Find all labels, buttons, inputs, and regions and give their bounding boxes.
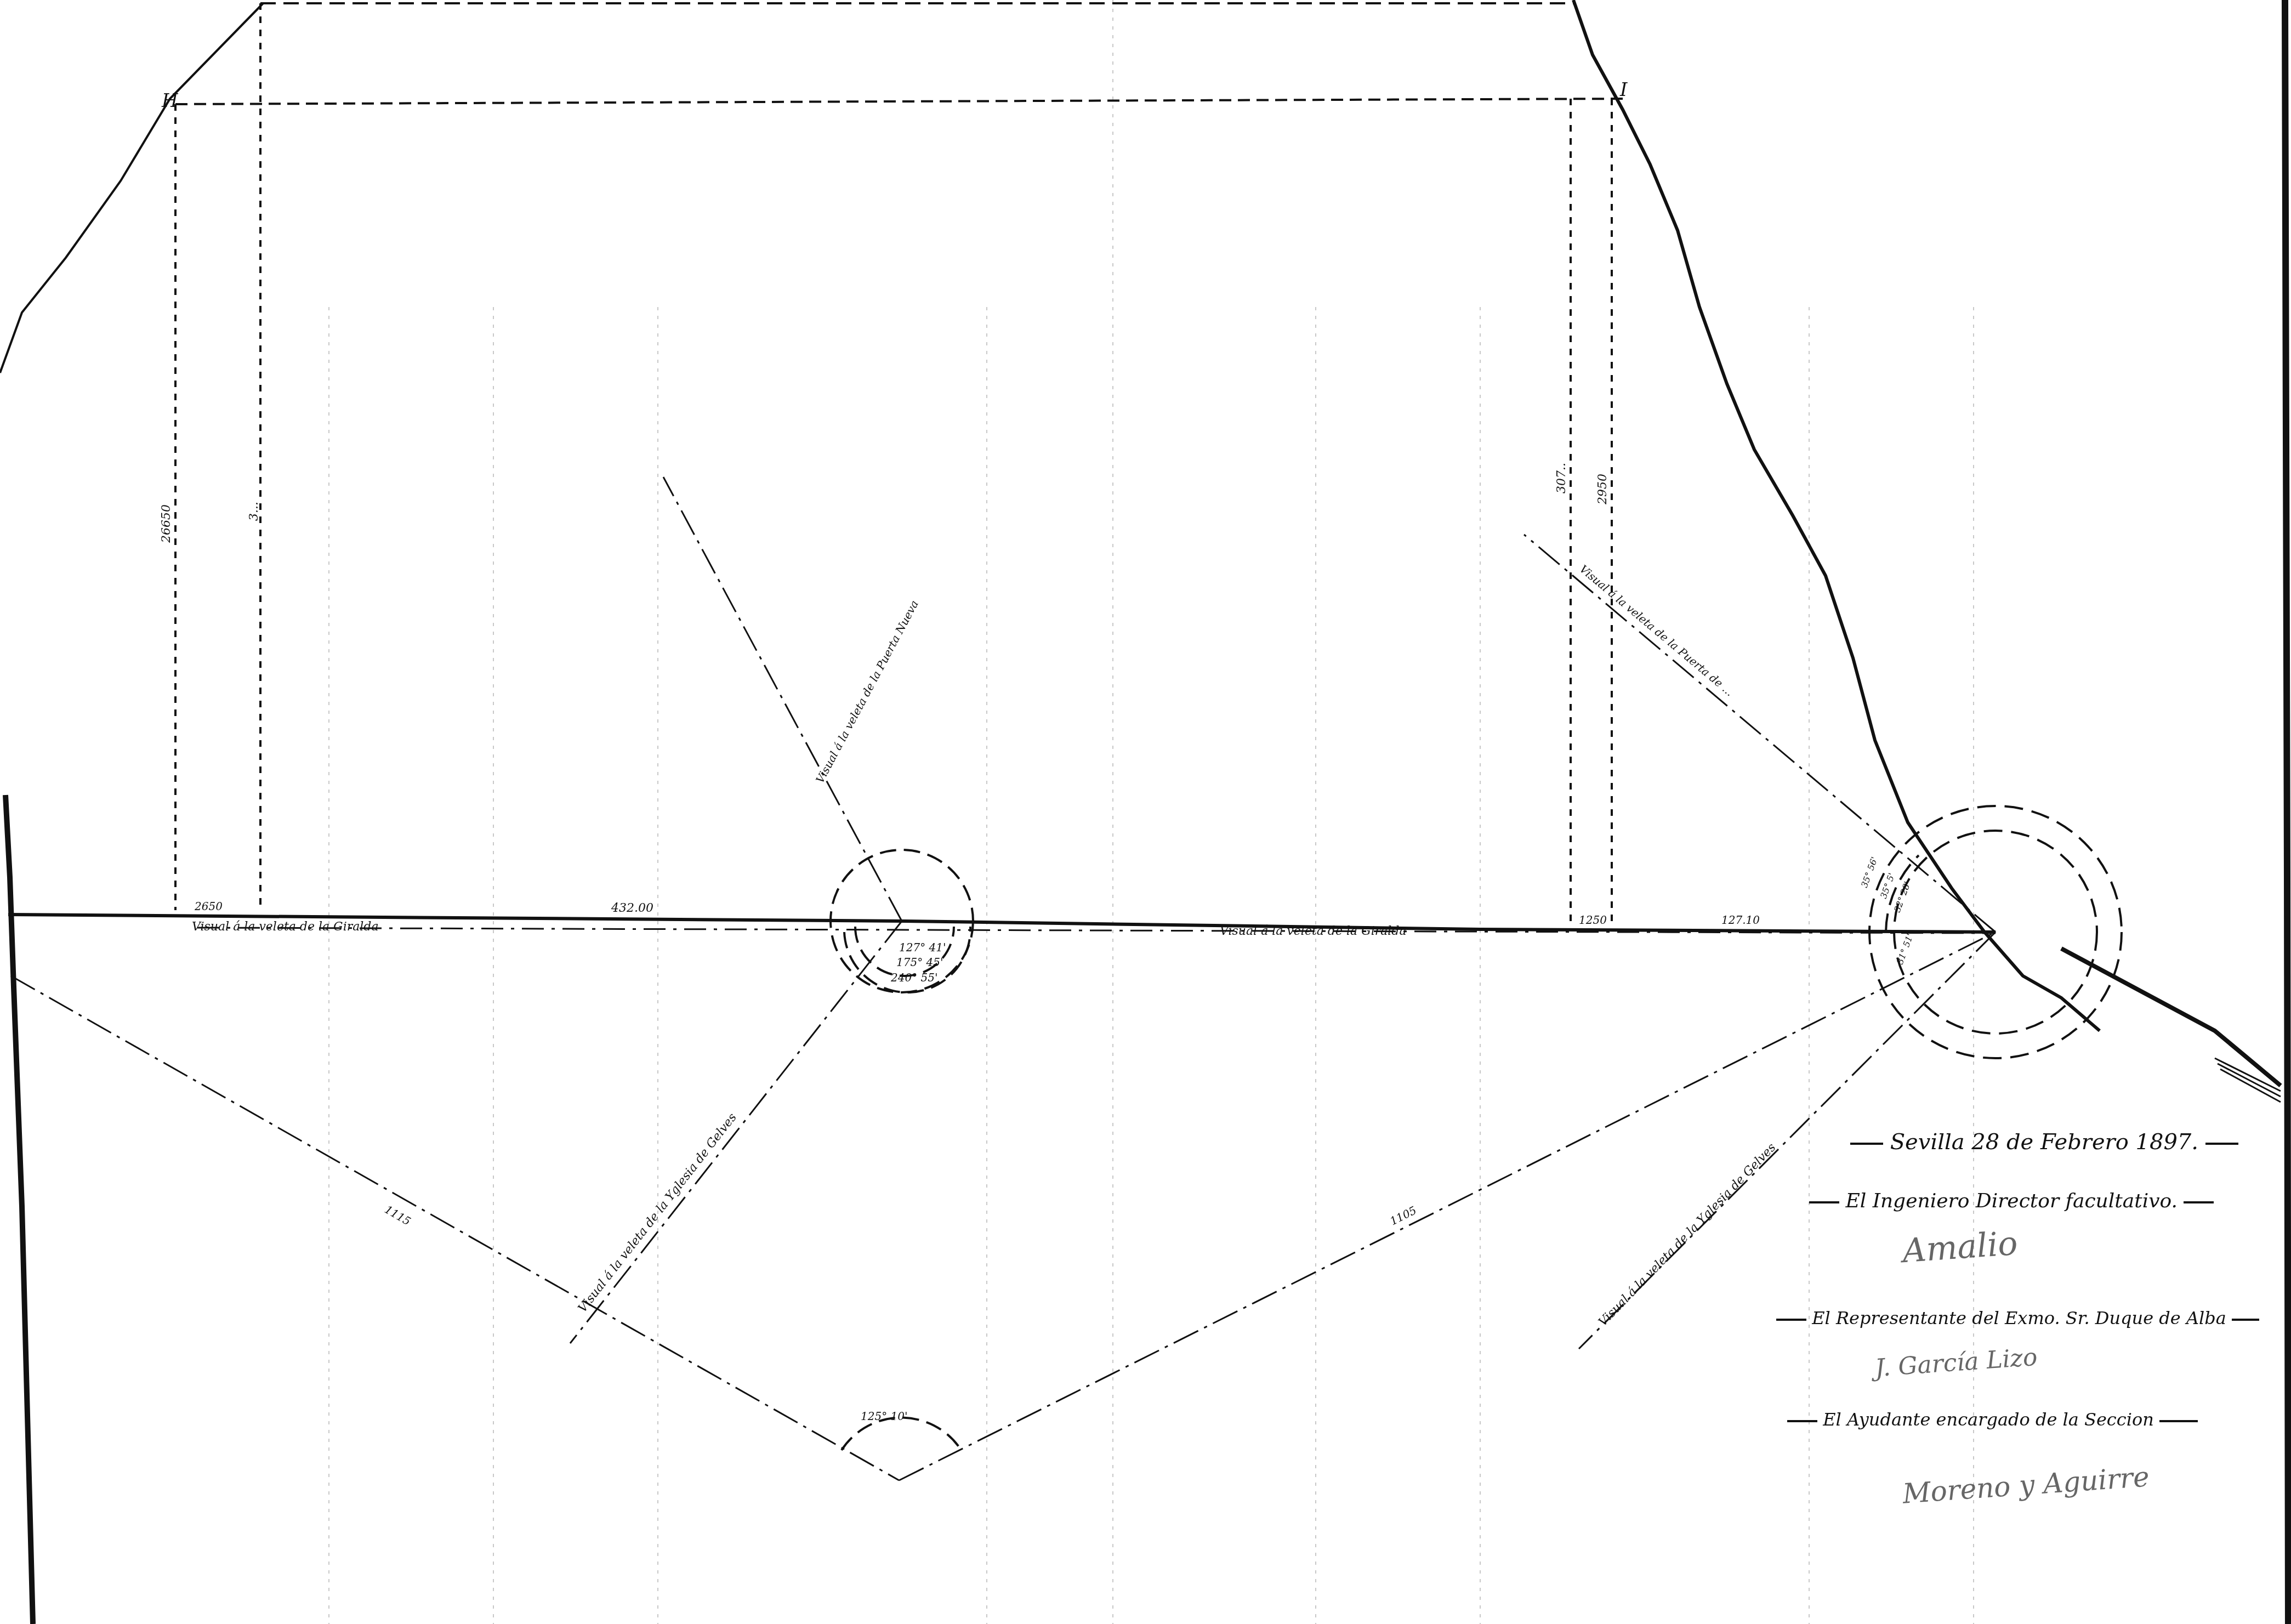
representative-title: El Representante del Exmo. Sr. Duque de … xyxy=(1812,1308,2226,1328)
point-i-label: I xyxy=(1619,79,1628,101)
boundary-curve-left xyxy=(0,3,263,373)
angle-s2-d: 31° 51' xyxy=(1895,932,1915,966)
date-text: Sevilla 28 de Febrero 1897. xyxy=(1890,1129,2198,1155)
segment-left xyxy=(11,976,899,1480)
assistant-title: El Ayudante encargado de la Seccion xyxy=(1823,1409,2154,1430)
angle-s1-c: 240° 55' xyxy=(890,971,937,984)
angle-bottom-vertex: 125° 10' xyxy=(861,1410,907,1423)
sight-label-upper-right: Visual á la veleta de la Puerta de ... xyxy=(1577,562,1736,699)
angle-s2-c: 32° 28' xyxy=(1892,880,1913,913)
date-line: Sevilla 28 de Febrero 1897. xyxy=(1850,1129,2238,1155)
line-h-i xyxy=(175,99,1623,104)
road-line xyxy=(2061,949,2281,1086)
sight-label-giralda-left: Visual á la veleta de la Giralda xyxy=(192,920,379,934)
director-title-line: El Ingeniero Director facultativo. xyxy=(1809,1190,2214,1212)
angle-s2-b: 35° 5' xyxy=(1878,872,1897,900)
offset-right-2: 2950 xyxy=(1596,474,1610,505)
baseline-measure-right-1: 1250 xyxy=(1579,913,1607,927)
sight-label-gelves-2: Visual á la veleta de la Yglesia de Gelv… xyxy=(1596,1140,1778,1329)
segment-left-measure: 1115 xyxy=(383,1203,413,1228)
angle-s1-b: 175° 45' xyxy=(896,956,943,969)
boundary-curve-right xyxy=(1573,0,2100,1031)
survey-plan: H I 26650 3... 307.. 2950 2650 432.00 12… xyxy=(0,0,2291,1624)
segment-right-measure: 1105 xyxy=(1388,1203,1418,1228)
baseline-measure-left: 2650 xyxy=(194,900,223,913)
point-h-label: H xyxy=(161,90,179,112)
right-edge-border xyxy=(2285,0,2288,1624)
representative-title-line: El Representante del Exmo. Sr. Duque de … xyxy=(1776,1308,2259,1328)
sight-line-gelves xyxy=(570,921,902,1343)
sight-label-puerta: Visual á la veleta de la Puerta Nueva xyxy=(813,598,921,786)
assistant-title-line: El Ayudante encargado de la Seccion xyxy=(1787,1409,2198,1430)
offset-right-1: 307.. xyxy=(1555,463,1568,493)
offset-lines xyxy=(175,3,1612,927)
angle-s2-a: 35° 56' xyxy=(1859,855,1880,889)
left-boundary-edge xyxy=(5,795,33,1624)
angle-s1-a: 127° 41' xyxy=(899,941,946,954)
offset-left-2: 3... xyxy=(247,502,261,521)
director-signature: Amalio xyxy=(1901,1224,2019,1271)
sight-label-giralda-right: Visual á la veleta de la Giralda xyxy=(1220,924,1407,938)
baseline-measure-mid: 432.00 xyxy=(611,901,653,915)
baseline-measure-right-2: 127.10 xyxy=(1721,913,1760,927)
director-title: El Ingeniero Director facultativo. xyxy=(1845,1190,2178,1212)
scan-streaks xyxy=(329,0,1974,1624)
offset-left-1: 26650 xyxy=(160,504,173,543)
sight-line-upper-right xyxy=(1524,535,1996,932)
